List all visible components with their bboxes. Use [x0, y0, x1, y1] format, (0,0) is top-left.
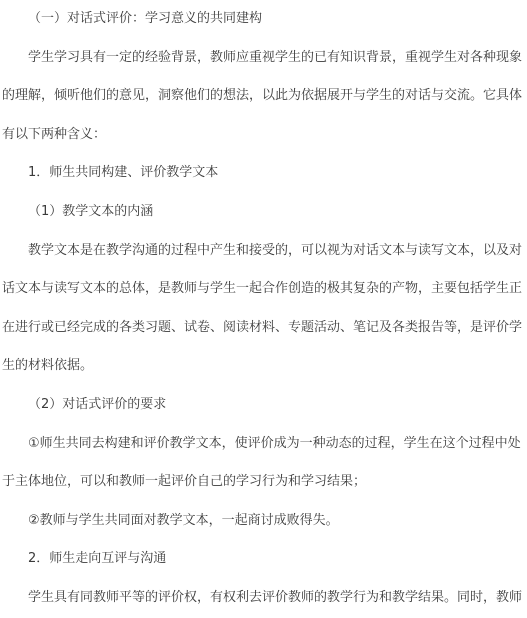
text-line: 有以下两种含义： [2, 116, 525, 155]
text-line: （2）对话式评价的要求 [2, 386, 525, 425]
text-line: 学生学习具有一定的经验背景，教师应重视学生的已有知识背景，重视学生对各种现象 [2, 39, 525, 78]
text-line: 生的材料依据。 [2, 347, 525, 386]
text-line: ①师生共同去构建和评价教学文本，使评价成为一种动态的过程，学生在这个过程中处 [2, 425, 525, 464]
text-line: 2．师生走向互评与沟通 [2, 540, 525, 579]
text-line: （一）对话式评价：学习意义的共同建构 [2, 0, 525, 39]
text-line: 教学文本是在教学沟通的过程中产生和接受的，可以视为对话文本与读写文本，以及对 [2, 232, 525, 271]
text-line: 于主体地位，可以和教师一起评价自己的学习行为和学习结果； [2, 463, 525, 502]
document-page: （一）对话式评价：学习意义的共同建构学生学习具有一定的经验背景，教师应重视学生的… [0, 0, 527, 618]
document-body: （一）对话式评价：学习意义的共同建构学生学习具有一定的经验背景，教师应重视学生的… [2, 0, 525, 618]
text-line: 1．师生共同构建、评价教学文本 [2, 154, 525, 193]
text-line: 的理解，倾听他们的意见，洞察他们的想法，以此为依据展开与学生的对话与交流。它具体 [2, 77, 525, 116]
text-line: 学生具有同教师平等的评价权，有权利去评价教师的教学行为和教学结果。同时，教师 [2, 579, 525, 618]
text-line: （1）教学文本的内涵 [2, 193, 525, 232]
text-line: ②教师与学生共同面对教学文本，一起商讨成败得失。 [2, 502, 525, 541]
text-line: 在进行或已经完成的各类习题、试卷、阅读材料、专题活动、笔记及各类报告等，是评价学 [2, 309, 525, 348]
text-line: 话文本与读写文本的总体，是教师与学生一起合作创造的极其复杂的产物，主要包括学生正 [2, 270, 525, 309]
